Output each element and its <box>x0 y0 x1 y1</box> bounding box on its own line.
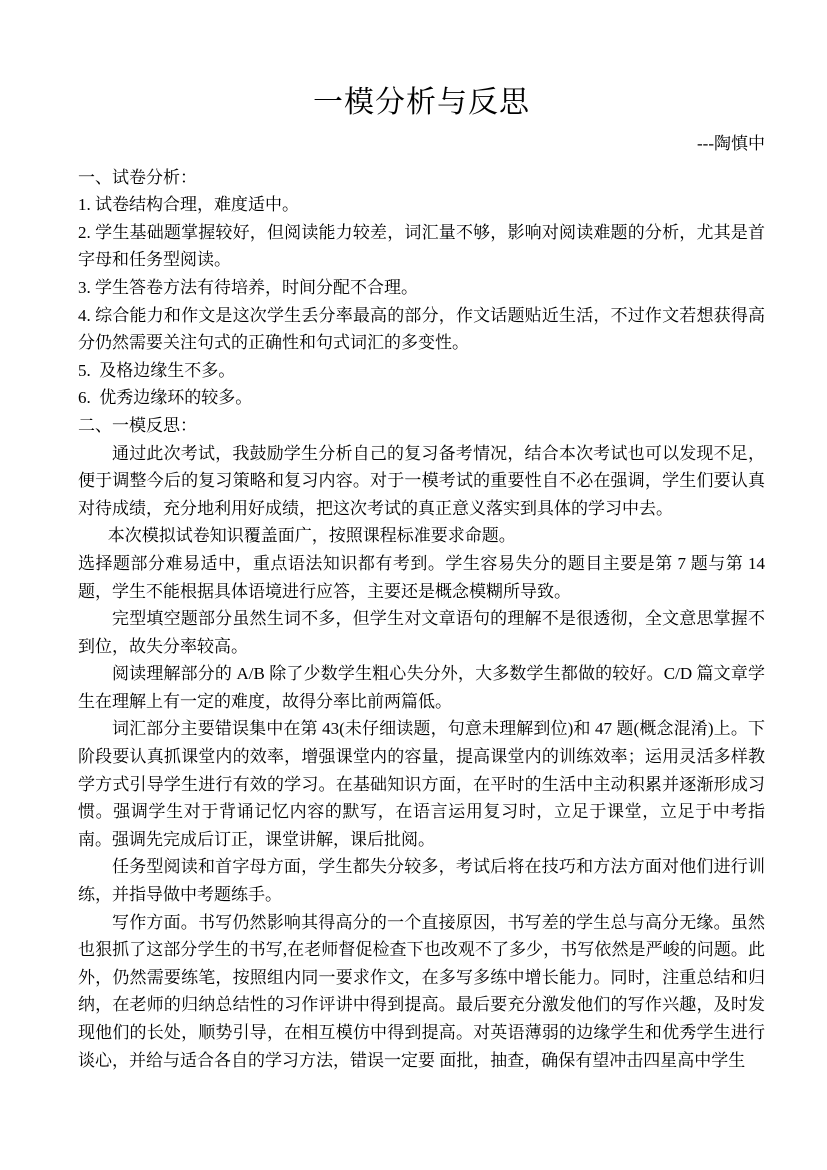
document-paragraph: 1. 试卷结构合理，难度适中。 <box>78 191 765 219</box>
document-paragraph: 5. 及格边缘生不多。 <box>78 357 765 385</box>
document-paragraph: 写作方面。书写仍然影响其得高分的一个直接原因，书写差的学生总与高分无缘。虽然也狠… <box>78 909 765 1075</box>
document-paragraph: 二、一模反思： <box>78 412 765 440</box>
document-paragraph: 完型填空题部分虽然生词不多，但学生对文章语句的理解不是很透彻，全文意思掌握不到位… <box>78 605 765 660</box>
document-page: 一模分析与反思 ---陶慎中 一、试卷分析：1. 试卷结构合理，难度适中。2. … <box>0 0 827 1170</box>
document-paragraph: 词汇部分主要错误集中在第 43(未仔细读题，句意未理解到位)和 47 题(概念混… <box>78 715 765 853</box>
document-paragraph: 选择题部分难易适中，重点语法知识都有考到。学生容易失分的题目主要是第 7 题与第… <box>78 550 765 605</box>
document-title: 一模分析与反思 <box>78 84 765 122</box>
document-paragraph: 4. 综合能力和作文是这次学生丢分率最高的部分，作文话题贴近生活，不过作文若想获… <box>78 302 765 357</box>
document-paragraph: 6. 优秀边缘环的较多。 <box>78 384 765 412</box>
document-body: 一、试卷分析：1. 试卷结构合理，难度适中。2. 学生基础题掌握较好，但阅读能力… <box>78 164 765 1075</box>
document-paragraph: 一、试卷分析： <box>78 164 765 192</box>
document-paragraph: 通过此次考试，我鼓励学生分析自己的复习备考情况，结合本次考试也可以发现不足，便于… <box>78 440 765 523</box>
document-byline: ---陶慎中 <box>78 130 765 158</box>
document-paragraph: 阅读理解部分的 A/B 除了少数学生粗心失分外，大多数学生都做的较好。C/D 篇… <box>78 660 765 715</box>
document-paragraph: 3. 学生答卷方法有待培养，时间分配不合理。 <box>78 274 765 302</box>
document-paragraph: 2. 学生基础题掌握较好，但阅读能力较差，词汇量不够，影响对阅读难题的分析，尤其… <box>78 219 765 274</box>
document-paragraph: 本次模拟试卷知识覆盖面广，按照课程标准要求命题。 <box>78 522 765 550</box>
document-paragraph: 任务型阅读和首字母方面，学生都失分较多，考试后将在技巧和方法方面对他们进行训练，… <box>78 853 765 908</box>
